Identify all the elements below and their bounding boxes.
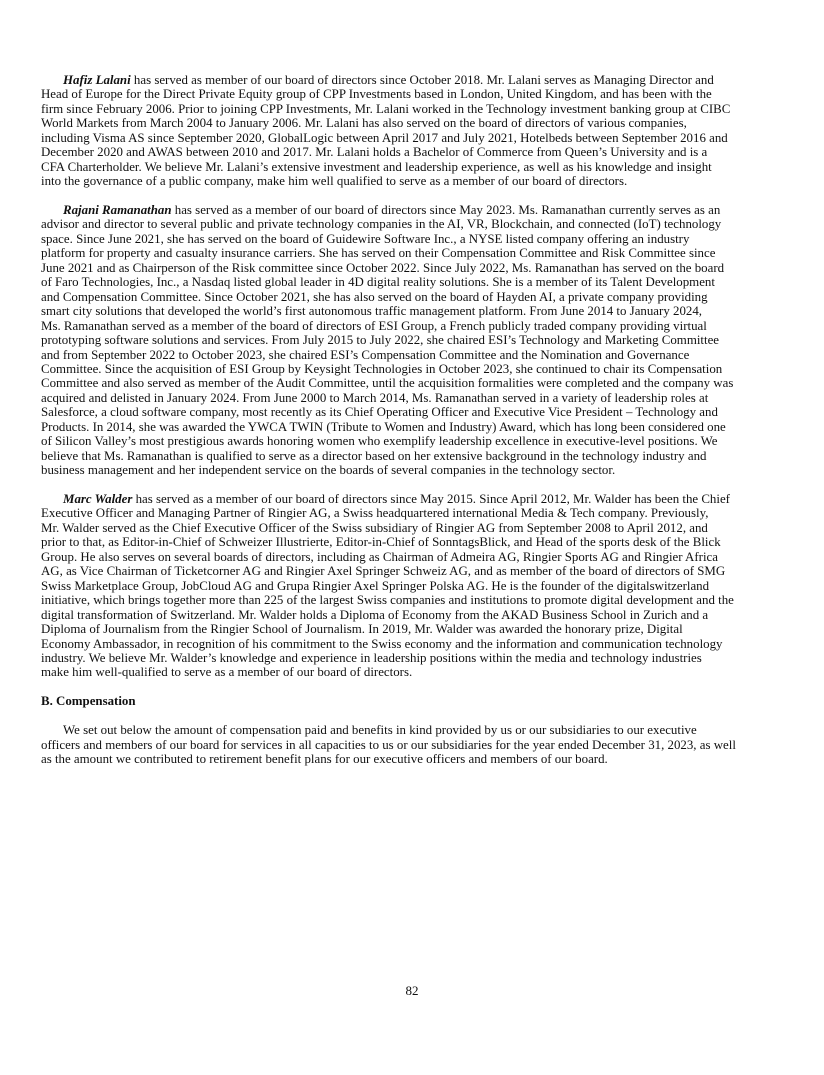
compensation-paragraph: We set out below the amount of compensat…	[41, 723, 786, 766]
section-heading-compensation: B. Compensation	[41, 694, 786, 708]
page-number: 82	[0, 983, 824, 999]
director-name: Rajani Ramanathan	[63, 203, 172, 217]
document-page: Hafiz Lalani has served as member of our…	[41, 73, 786, 781]
bio-paragraph-marc-walder: Marc Walder has served as a member of ou…	[41, 492, 786, 680]
bio-paragraph-hafiz-lalani: Hafiz Lalani has served as member of our…	[41, 73, 786, 189]
director-name: Hafiz Lalani	[63, 73, 131, 87]
bio-paragraph-rajani-ramanathan: Rajani Ramanathan has served as a member…	[41, 203, 786, 478]
director-name: Marc Walder	[63, 492, 132, 506]
